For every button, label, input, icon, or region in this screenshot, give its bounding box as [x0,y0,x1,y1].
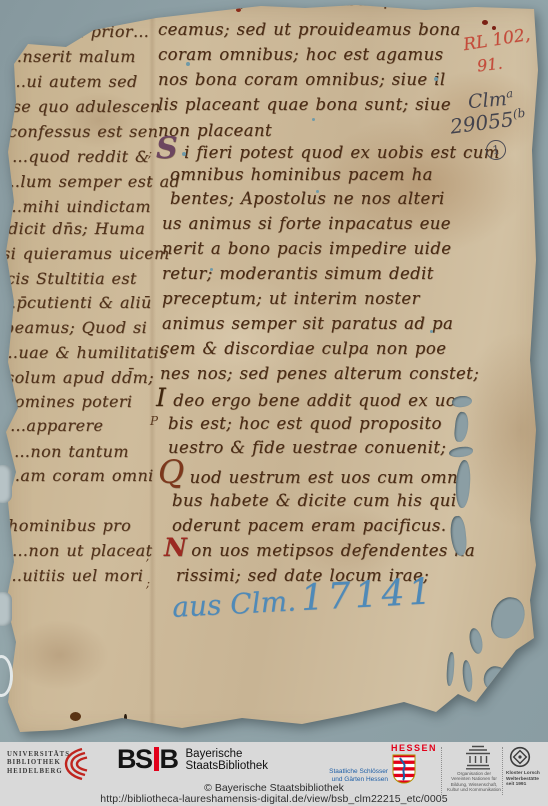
manuscript-line: hominibus pro [8,518,131,534]
manuscript-line: Non uos metipsos defendentes ka [164,535,475,560]
manuscript-line: …mus apud … omnibus pla… [170,0,427,9]
damage-hole [453,411,469,442]
manuscript-line: nes nos; sed penes alterum constet; [160,366,479,383]
binder-tab [0,465,12,503]
binder-tab [0,592,12,626]
provenance-prefix: aus Clm. [171,584,296,623]
manuscript-line: dicit dn̄s; Huma [8,221,145,237]
red-shelfmark-line2: 91. [476,54,504,76]
red-shelfmark-line1: RL 102, [462,25,532,55]
hessen-caption-line1: Staatliche Schlösser [298,768,388,776]
damage-hole [467,627,484,655]
manuscript-line: …lum semper est ad [4,174,180,190]
manuscript-line: si quieramus uicem [2,246,170,262]
hessen-label: HESSEN [391,743,437,753]
manuscript-line: omnibus hominibus pacem ha [170,167,433,184]
blue-speck [434,77,438,81]
bsb-acronym-left: BS [117,746,152,772]
scan-background: …alum prior… …nserit malum …ui autem sed… [0,0,548,742]
manuscript-line: coram omnibus; hoc est agamus [158,47,443,64]
manuscript-line: …non ut placeat [12,543,152,559]
blue-speck [316,190,319,193]
manuscript-page: …alum prior… …nserit malum …ui autem sed… [0,0,548,742]
manuscript-line: homines poteri [4,394,132,410]
manuscript-line: …p̄cutienti & aliū [0,295,152,311]
pencil-sup-b: (b [512,106,526,121]
manuscript-line: …quod reddit & [12,149,150,165]
damage-hole [481,664,506,692]
damage-hole [449,446,474,458]
manuscript-line: …ui autem sed [10,74,138,90]
red-stain-speck [236,8,241,12]
blue-speck [312,118,315,121]
hessen-caption: Staatliche Schlösser und Gärten Hessen [298,768,388,783]
lorsch-emblem-icon [509,746,531,773]
manuscript-line: bis est; hoc est quod proposito [168,416,442,433]
manuscript-line: preceptum; ut interim noster [162,291,420,308]
manuscript-line: lis placeant quae bona sunt; siue [158,97,451,114]
digitized-manuscript-view: …alum prior… …nserit malum …ui autem sed… [0,0,548,806]
margin-mark: ; [148,172,152,186]
red-stain-speck [482,20,488,25]
manuscript-line: beamus; Quod si [4,320,147,336]
manuscript-line: Quod uestrum est uos cum omni [158,456,464,488]
bsb-name: Bayerische StaatsBibliothek [186,748,268,772]
footer-bar: UNIVERSITÄTS- BIBLIOTHEK HEIDELBERG BS B… [0,742,548,806]
brown-stain [70,712,81,721]
parchment-wrapper: …alum prior… …nserit malum …ui autem sed… [0,0,548,742]
manuscript-line: animus semper sit paratus ad pa [162,316,453,333]
manuscript-line: uestro & fide uestrae conuenit; [168,440,446,457]
source-url-text: http://bibliotheca-laureshamensis-digita… [0,794,548,805]
bsb-logo: BS B Bayerische StaatsBibliothek [117,746,268,772]
manuscript-line: solum apud dd̄m; [6,370,154,386]
manuscript-line: cis Stultitia est [6,271,137,287]
manuscript-line: …uitiis uel mori [6,568,143,584]
margin-mark: ; [148,146,152,160]
damage-hole [461,660,473,693]
bsb-name-line1: Bayerische [186,748,268,760]
pencil-shelfmark-line2: 29055(b [449,105,527,138]
manuscript-line: pse quo adulescen [2,99,161,115]
margin-mark: P [150,414,158,428]
blue-speck [182,152,186,156]
manuscript-line: Ideo ergo bene addit quod ex uo [156,385,456,410]
damage-hole [489,595,528,642]
pencil-number: 29055 [449,107,515,139]
damage-hole [446,652,455,686]
dark-mark [124,714,127,724]
manuscript-line: Si fieri potest quod ex uobis est cum [156,134,500,164]
blue-speck [210,268,213,271]
manuscript-line: …mihi uindictam [6,199,151,215]
manuscript-line: bentes; Apostolus ne nos alteri [170,191,445,208]
manuscript-line: confessus est sen [8,124,158,140]
manuscript-line: cem & discordiae culpa non poe [160,341,446,358]
provenance-number: 17141 [300,571,436,619]
pencil-sup-a: a [506,86,514,101]
manuscript-line: …non tantum [14,444,129,460]
blue-speck [186,62,190,66]
bsb-red-bar [154,747,159,771]
margin-mark: ; [146,549,150,563]
manuscript-line: …nserit malum [6,49,136,65]
blue-speck [430,330,433,333]
margin-mark: ; [146,576,150,590]
manuscript-line: us animus si forte inpacatus eue [162,216,451,233]
bsb-name-line2: StaatsBibliothek [186,760,268,772]
manuscript-line: nerit a bono pacis impedire uide [162,241,451,258]
manuscript-line: bus habete & dicite cum his qui [172,493,457,510]
manuscript-line: oderunt pacem eram pacificus. [172,518,446,535]
bsb-acronym-right: B [160,746,178,772]
manuscript-line: …am coram omni [4,468,154,484]
manuscript-line: …alum prior… [26,24,149,40]
manuscript-line: nos bona coram omnibus; siue il [158,72,446,89]
manuscript-line: ceamus; sed ut prouideamus bona [158,22,461,39]
manuscript-line: retur; moderantis simum dedit [162,266,434,283]
red-stain-speck [492,26,496,30]
manuscript-line: …apparere [10,418,103,434]
damage-hole [451,395,472,409]
manuscript-line: …uae & humilitatis [2,345,168,361]
